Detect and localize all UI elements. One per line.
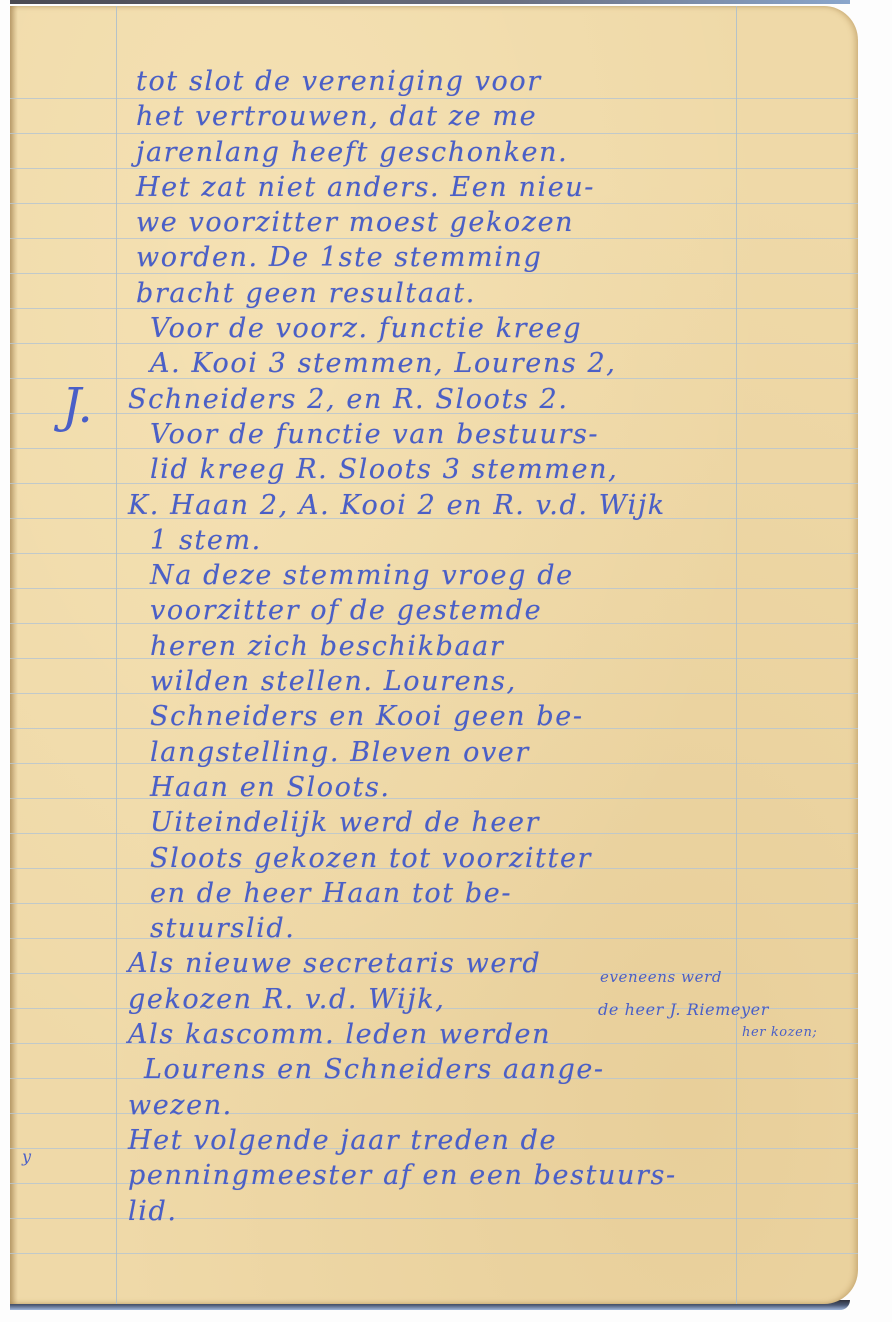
text-line: lid kreeg R. Sloots 3 stemmen,	[118, 452, 848, 487]
text-line: worden. De 1ste stemming	[118, 240, 848, 275]
text-line: voorzitter of de gestemde	[118, 593, 848, 628]
text-line: Het volgende jaar treden de	[118, 1123, 848, 1158]
text-line: jarenlang heeft geschonken.	[118, 135, 848, 170]
text-line: lid.	[118, 1194, 848, 1229]
text-line: Schneiders 2, en R. Sloots 2.	[118, 382, 848, 417]
text-line: K. Haan 2, A. Kooi 2 en R. v.d. Wijk	[118, 488, 848, 523]
text-line: wezen.	[118, 1088, 848, 1123]
text-line: Als nieuwe secretaris werd	[118, 946, 848, 981]
text-line: Als kascomm. leden werden	[118, 1017, 848, 1052]
margin-note-initial: J.	[62, 378, 93, 434]
text-line: Sloots gekozen tot voorzitter	[118, 841, 848, 876]
text-line: Haan en Sloots.	[118, 770, 848, 805]
text-line: tot slot de vereniging voor	[118, 64, 848, 99]
text-line: wilden stellen. Lourens,	[118, 664, 848, 699]
handwritten-text: tot slot de vereniging voor het vertrouw…	[118, 64, 848, 1229]
interlinear-insertion: her kozen;	[742, 1025, 817, 1040]
text-line: Voor de functie van bestuurs-	[118, 417, 848, 452]
text-line: stuurslid.	[118, 911, 848, 946]
text-line: het vertrouwen, dat ze me	[118, 99, 848, 134]
notebook-cover-top-edge	[10, 0, 850, 4]
margin-note-edge-mark: y	[22, 1147, 31, 1166]
text-line: Het zat niet anders. Een nieu-	[118, 170, 848, 205]
interlinear-insertion: eveneens werd	[600, 968, 722, 986]
text-line: heren zich beschikbaar	[118, 629, 848, 664]
text-line: Voor de voorz. functie kreeg	[118, 311, 848, 346]
rule-line	[10, 1253, 858, 1254]
interlinear-insertion: de heer J. Riemeyer	[598, 1000, 769, 1019]
text-line: 1 stem.	[118, 523, 848, 558]
text-line: A. Kooi 3 stemmen, Lourens 2,	[118, 346, 848, 381]
text-line: Uiteindelijk werd de heer	[118, 805, 848, 840]
page-gutter-shadow	[10, 6, 18, 1304]
text-line: Lourens en Schneiders aange-	[118, 1052, 848, 1087]
text-line: Na deze stemming vroeg de	[118, 558, 848, 593]
text-line: langstelling. Bleven over	[118, 735, 848, 770]
left-margin-line	[116, 6, 117, 1304]
text-line: en de heer Haan tot be-	[118, 876, 848, 911]
text-line: bracht geen resultaat.	[118, 276, 848, 311]
text-line: penningmeester af en een bestuurs-	[118, 1158, 848, 1193]
text-line: Schneiders en Kooi geen be-	[118, 699, 848, 734]
text-line: we voorzitter moest gekozen	[118, 205, 848, 240]
